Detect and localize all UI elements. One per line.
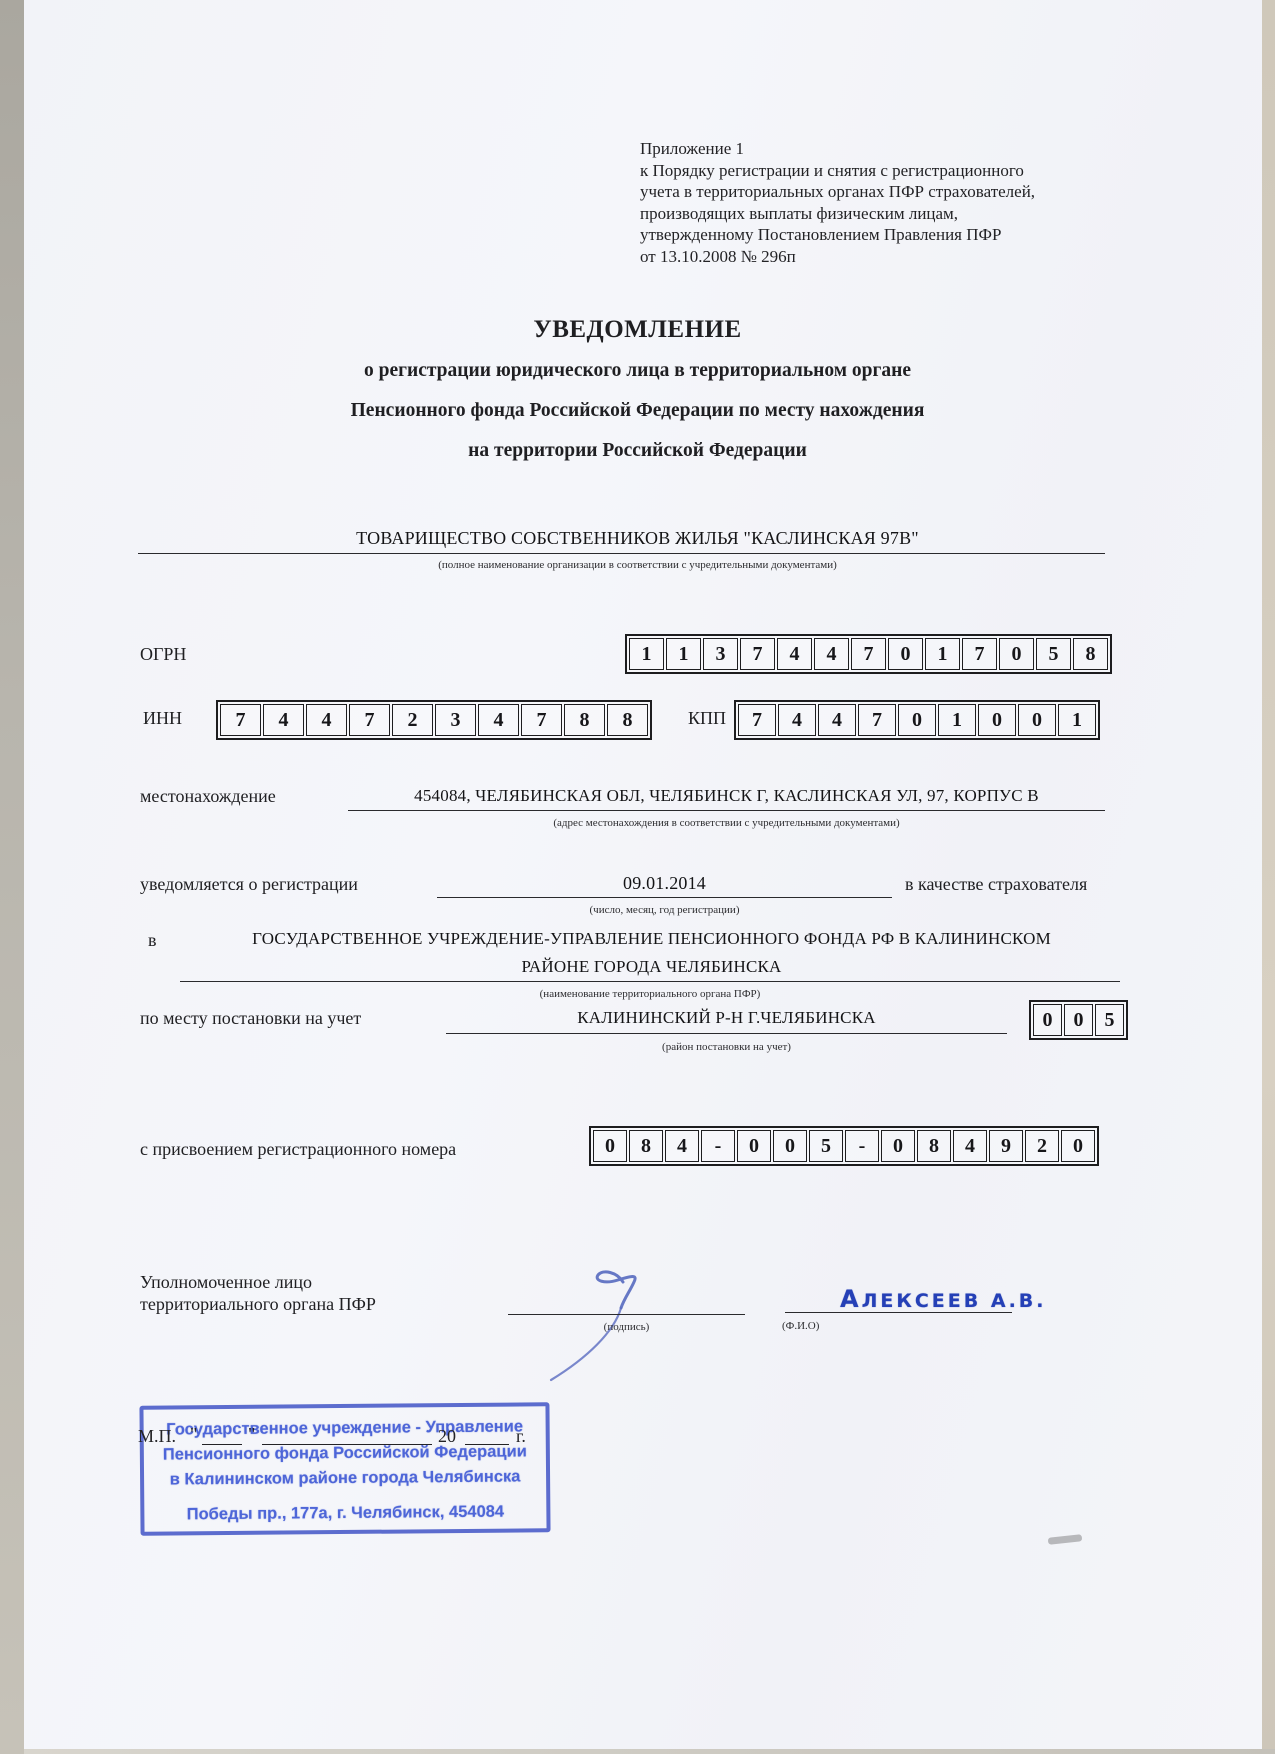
inn-digit: 8 (607, 704, 648, 736)
registration-suffix: в качестве страхователя (905, 874, 1087, 895)
organization-caption: (полное наименование организации в соотв… (135, 559, 1140, 571)
kpp-label: КПП (688, 708, 726, 729)
mp-month-blank (262, 1444, 432, 1445)
kpp-digit: 0 (898, 704, 936, 736)
authority-prefix: в (148, 930, 157, 951)
reg-number-label: с присвоением регистрационного номера (140, 1139, 456, 1160)
inn-label: ИНН (143, 708, 182, 729)
ogrn-digit: 4 (777, 638, 812, 670)
scanner-edge-right (1262, 0, 1275, 1754)
annex-note-line: Приложение 1 (640, 138, 1120, 160)
stamp-address: Победы пр., 177а, г. Челябинск, 454084 (187, 1500, 505, 1528)
stamp-line: в Калининском районе города Челябинска (170, 1464, 521, 1492)
location-caption: (адрес местонахождения в соответствии с … (348, 817, 1105, 829)
mp-quote-open: " (190, 1424, 197, 1445)
inn-digit: 4 (263, 704, 304, 736)
inn-digit: 4 (306, 704, 347, 736)
ogrn-digit: 8 (1073, 638, 1108, 670)
annex-note: Приложение 1 к Порядку регистрации и сня… (640, 138, 1120, 267)
ogrn-digit: 5 (1036, 638, 1071, 670)
kpp-digit-boxes: 7 4 4 7 0 1 0 0 1 (734, 700, 1100, 740)
signature-underline (508, 1314, 745, 1315)
ogrn-digit: 0 (999, 638, 1034, 670)
district-code-digit: 0 (1033, 1004, 1062, 1036)
organization-name: ТОВАРИЩЕСТВО СОБСТВЕННИКОВ ЖИЛЬЯ "КАСЛИН… (135, 528, 1140, 549)
signature-caption: (подпись) (508, 1321, 745, 1333)
registration-caption: (число, месяц, год регистрации) (437, 904, 892, 916)
signatory-label-line2: территориального органа ПФР (140, 1294, 376, 1315)
ogrn-digit: 7 (962, 638, 997, 670)
reg-number-cell: 9 (989, 1130, 1023, 1162)
ogrn-digit: 1 (925, 638, 960, 670)
annex-note-line: утвержденному Постановлением Правления П… (640, 224, 1120, 246)
authority-name-line2: РАЙОНЕ ГОРОДА ЧЕЛЯБИНСКА (180, 957, 1123, 977)
district-code-digit: 0 (1064, 1004, 1093, 1036)
mp-year-prefix: 20 (438, 1426, 456, 1447)
kpp-digit: 0 (1018, 704, 1056, 736)
inn-digit: 7 (521, 704, 562, 736)
ogrn-digit: 7 (851, 638, 886, 670)
signatory-name-stamp: АЛЕКСЕЕВ А.В. (840, 1285, 1047, 1313)
inn-digit-boxes: 7 4 4 7 2 3 4 7 8 8 (216, 700, 652, 740)
reg-number-cell: 0 (593, 1130, 627, 1162)
reg-number-cell: 0 (1061, 1130, 1095, 1162)
document-subtitle-line: о регистрации юридического лица в террит… (110, 360, 1165, 382)
document-title: УВЕДОМЛЕНИЕ (135, 316, 1140, 344)
annex-note-line: к Порядку регистрации и снятия с регистр… (640, 160, 1120, 182)
reg-number-cell: 8 (917, 1130, 951, 1162)
inn-digit: 2 (392, 704, 433, 736)
location-label: местонахождение (140, 786, 276, 807)
kpp-digit: 7 (738, 704, 776, 736)
annex-note-line: от 13.10.2008 № 296п (640, 246, 1120, 268)
ogrn-label: ОГРН (140, 644, 186, 665)
registration-place-value: КАЛИНИНСКИЙ Р-Н Г.ЧЕЛЯБИНСКА (446, 1008, 1007, 1028)
document-subtitle-line: на территории Российской Федерации (110, 440, 1165, 462)
reg-number-cell: - (845, 1130, 879, 1162)
ogrn-digit: 7 (740, 638, 775, 670)
scanner-edge-bottom (24, 1749, 1275, 1754)
stamp-line: Государственное учреждение - Управление (166, 1414, 523, 1442)
name-caption: (Ф.И.О) (782, 1320, 862, 1332)
mp-day-blank (202, 1444, 242, 1445)
registration-place-underline (446, 1033, 1007, 1034)
ogrn-digit: 1 (666, 638, 701, 670)
ogrn-digit: 1 (629, 638, 664, 670)
registration-date: 09.01.2014 (437, 873, 892, 894)
reg-number-cell: 0 (881, 1130, 915, 1162)
registration-place-label: по месту постановки на учет (140, 1008, 361, 1029)
kpp-digit: 1 (938, 704, 976, 736)
inn-digit: 8 (564, 704, 605, 736)
reg-number-cell: 2 (1025, 1130, 1059, 1162)
registration-place-caption: (район постановки на учет) (446, 1041, 1007, 1053)
mp-quote-close: " (248, 1424, 255, 1445)
ogrn-digit: 3 (703, 638, 738, 670)
kpp-digit: 0 (978, 704, 1016, 736)
organization-underline (138, 553, 1105, 554)
ogrn-digit: 0 (888, 638, 923, 670)
registration-label: уведомляется о регистрации (140, 874, 358, 895)
kpp-digit: 7 (858, 704, 896, 736)
inn-digit: 3 (435, 704, 476, 736)
inn-digit: 7 (349, 704, 390, 736)
registration-underline (437, 897, 892, 898)
authority-name-line1: ГОСУДАРСТВЕННОЕ УЧРЕЖДЕНИЕ-УПРАВЛЕНИЕ ПЕ… (180, 929, 1123, 949)
location-value: 454084, ЧЕЛЯБИНСКАЯ ОБЛ, ЧЕЛЯБИНСК Г, КА… (348, 786, 1105, 806)
location-underline (348, 810, 1105, 811)
district-code-digit: 5 (1095, 1004, 1124, 1036)
reg-number-cell: - (701, 1130, 735, 1162)
document-subtitle-line: Пенсионного фонда Российской Федерации п… (110, 400, 1165, 422)
ogrn-digit-boxes: 1 1 3 7 4 4 7 0 1 7 0 5 8 (625, 634, 1112, 674)
scanner-edge-left (0, 0, 24, 1754)
inn-digit: 7 (220, 704, 261, 736)
scanned-document-page: Приложение 1 к Порядку регистрации и сня… (0, 0, 1275, 1754)
authority-caption: (наименование территориального органа ПФ… (180, 988, 1120, 1000)
kpp-digit: 1 (1058, 704, 1096, 736)
mp-year-suffix: г. (516, 1426, 526, 1447)
kpp-digit: 4 (818, 704, 856, 736)
reg-number-cell: 4 (665, 1130, 699, 1162)
annex-note-line: производящих выплаты физическим лицам, (640, 203, 1120, 225)
reg-number-boxes: 0 8 4 - 0 0 5 - 0 8 4 9 2 0 (589, 1126, 1099, 1166)
reg-number-cell: 8 (629, 1130, 663, 1162)
reg-number-cell: 0 (737, 1130, 771, 1162)
mp-year-blank (465, 1444, 509, 1445)
scan-artifact-mark (1048, 1534, 1083, 1545)
mp-label: М.П. (138, 1426, 176, 1447)
district-code-boxes: 0 0 5 (1029, 1000, 1128, 1040)
signatory-label-line1: Уполномоченное лицо (140, 1272, 312, 1293)
reg-number-cell: 4 (953, 1130, 987, 1162)
reg-number-cell: 0 (773, 1130, 807, 1162)
ogrn-digit: 4 (814, 638, 849, 670)
name-underline (785, 1312, 1012, 1313)
kpp-digit: 4 (778, 704, 816, 736)
authority-underline (180, 981, 1120, 982)
inn-digit: 4 (478, 704, 519, 736)
organization-stamp: Государственное учреждение - Управление … (139, 1402, 550, 1536)
reg-number-cell: 5 (809, 1130, 843, 1162)
annex-note-line: учета в территориальных органах ПФР стра… (640, 181, 1120, 203)
